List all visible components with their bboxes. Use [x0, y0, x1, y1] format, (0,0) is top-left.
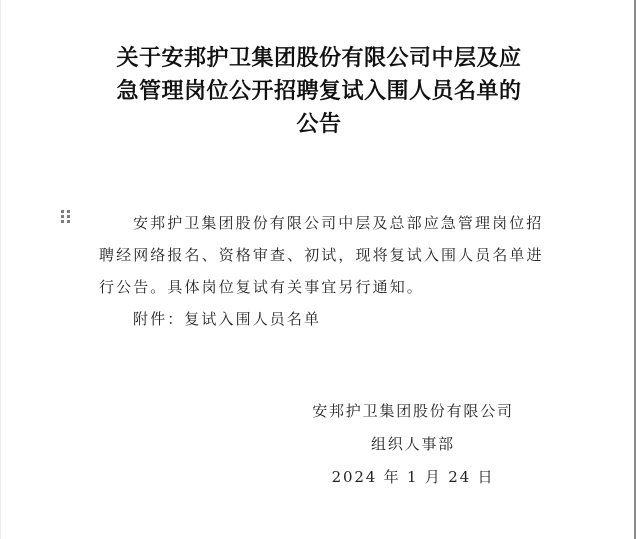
signature-block: 安邦护卫集团股份有限公司 组织人事部 2024 年 1 月 24 日 — [301, 395, 525, 494]
signature-department: 组织人事部 — [301, 428, 525, 461]
document-title: 关于安邦护卫集团股份有限公司中层及应 急管理岗位公开招聘复试入围人员名单的 公告 — [1, 42, 636, 141]
drag-dot — [67, 215, 70, 218]
title-line-1: 关于安邦护卫集团股份有限公司中层及应 — [1, 42, 636, 75]
drag-dot — [61, 220, 64, 223]
drag-dot — [67, 220, 70, 223]
drag-handle-icon[interactable] — [61, 210, 70, 224]
drag-dot — [67, 210, 70, 213]
title-line-3: 公告 — [1, 108, 636, 141]
document-page: 关于安邦护卫集团股份有限公司中层及应 急管理岗位公开招聘复试入围人员名单的 公告… — [0, 0, 636, 539]
attachment-line: 附件：复试入围人员名单 — [99, 303, 549, 335]
drag-dot — [61, 210, 64, 213]
title-line-2: 急管理岗位公开招聘复试入围人员名单的 — [1, 75, 636, 108]
drag-dot — [61, 215, 64, 218]
document-body: 安邦护卫集团股份有限公司中层及总部应急管理岗位招聘经网络报名、资格审查、初试，现… — [99, 207, 549, 335]
signature-date: 2024 年 1 月 24 日 — [301, 461, 525, 494]
signature-organization: 安邦护卫集团股份有限公司 — [301, 395, 525, 428]
body-paragraph: 安邦护卫集团股份有限公司中层及总部应急管理岗位招聘经网络报名、资格审查、初试，现… — [99, 207, 549, 303]
